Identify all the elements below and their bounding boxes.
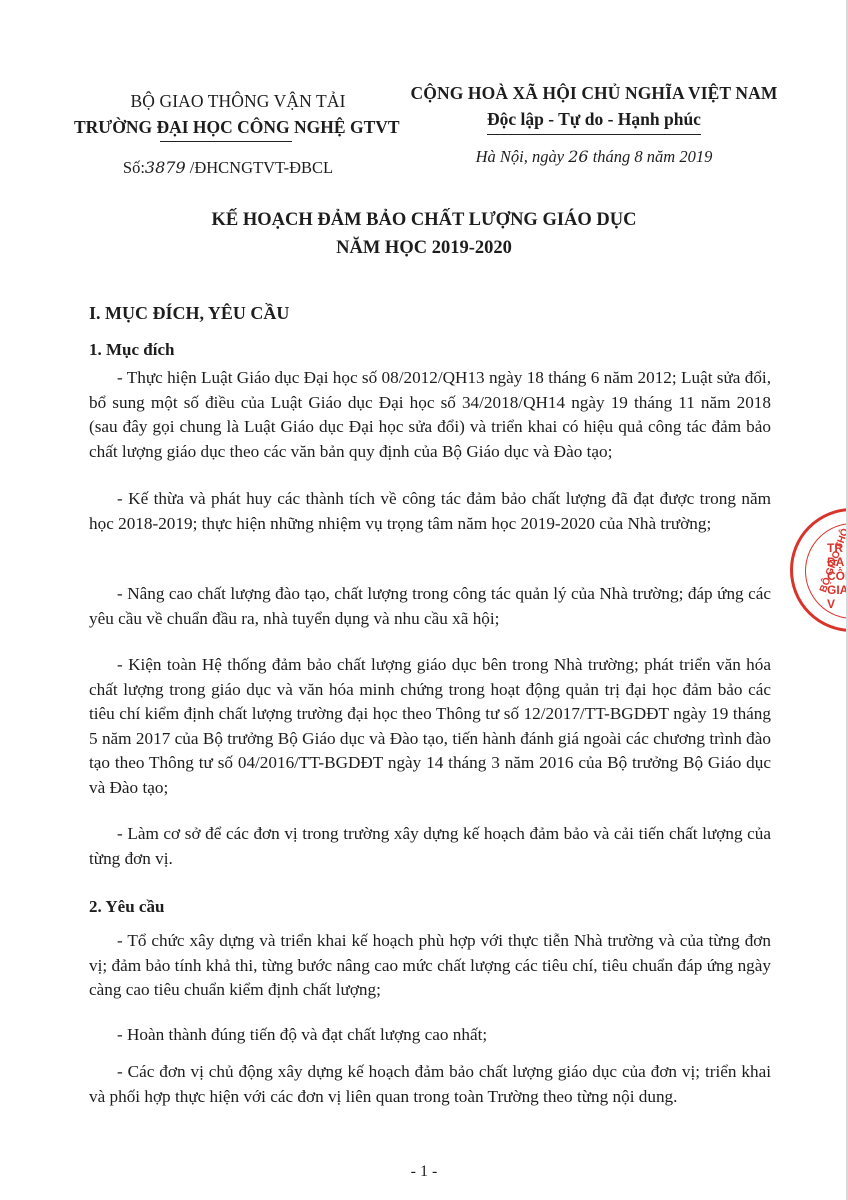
school-underline	[160, 141, 292, 142]
stamp-line: TR	[827, 541, 848, 555]
document-page: BỘ GIAO THÔNG VẬN TẢI TRƯỜNG ĐẠI HỌC CÔN…	[0, 0, 848, 1200]
place-date-suffix: tháng 8 năm 2019	[589, 147, 713, 166]
section-heading: I. MỤC ĐÍCH, YÊU CẦU	[89, 303, 289, 324]
paragraph: - Thực hiện Luật Giáo dục Đại học số 08/…	[89, 366, 771, 464]
document-subtitle: NĂM HỌC 2019-2020	[0, 238, 848, 259]
paragraph: - Các đơn vị chủ động xây dựng kế hoạch …	[89, 1060, 771, 1109]
subsection-heading-purpose: 1. Mục đích	[89, 340, 174, 360]
national-motto: Độc lập - Tự do - Hạnh phúc	[487, 106, 701, 135]
ministry-name: BỘ GIAO THÔNG VẬN TẢI	[88, 88, 388, 114]
school-name: TRƯỜNG ĐẠI HỌC CÔNG NGHỆ GTVT	[74, 114, 388, 140]
paragraph: - Tổ chức xây dựng và triển khai kế hoạc…	[89, 929, 771, 1003]
stamp-line: ĐẠ	[827, 555, 848, 569]
place-date-prefix: Hà Nội, ngày	[476, 147, 569, 166]
national-header: CỘNG HOÀ XÃ HỘI CHỦ NGHĨA VIỆT NAM Độc l…	[408, 80, 780, 167]
stamp-line: CÔN	[827, 569, 848, 583]
subsection-heading-requirements: 2. Yêu cầu	[89, 897, 164, 917]
paragraph: - Kiện toàn Hệ thống đảm bảo chất lượng …	[89, 653, 771, 801]
page-number: - 1 -	[0, 1163, 848, 1181]
paragraph: - Làm cơ sở để các đơn vị trong trường x…	[89, 822, 771, 871]
paragraph: - Kế thừa và phát huy các thành tích về …	[89, 487, 771, 536]
nation-name: CỘNG HOÀ XÃ HỘI CHỦ NGHĨA VIỆT NAM	[408, 80, 780, 106]
official-seal-stamp: BỘ GIAO THÔ TR ĐẠ CÔN GIAO V	[790, 508, 848, 632]
doc-number-prefix: Số:	[123, 158, 145, 177]
issuer-block: BỘ GIAO THÔNG VẬN TẢI TRƯỜNG ĐẠI HỌC CÔN…	[88, 88, 388, 178]
doc-number-handwritten: 3879	[145, 158, 186, 177]
stamp-line: GIAO	[827, 583, 848, 597]
doc-number-suffix: /ĐHCNGTVT-ĐBCL	[186, 158, 333, 177]
day-handwritten: 26	[568, 147, 588, 166]
stamp-line: V	[827, 597, 848, 611]
document-number: Số:3879 /ĐHCNGTVT-ĐBCL	[68, 158, 388, 178]
paragraph: - Nâng cao chất lượng đào tạo, chất lượn…	[89, 582, 771, 631]
paragraph: - Hoàn thành đúng tiến độ và đạt chất lư…	[89, 1023, 771, 1048]
document-title: KẾ HOẠCH ĐẢM BẢO CHẤT LƯỢNG GIÁO DỤC	[0, 210, 848, 231]
stamp-center-text: TR ĐẠ CÔN GIAO V	[827, 541, 848, 611]
place-date: Hà Nội, ngày 26 tháng 8 năm 2019	[408, 147, 780, 167]
